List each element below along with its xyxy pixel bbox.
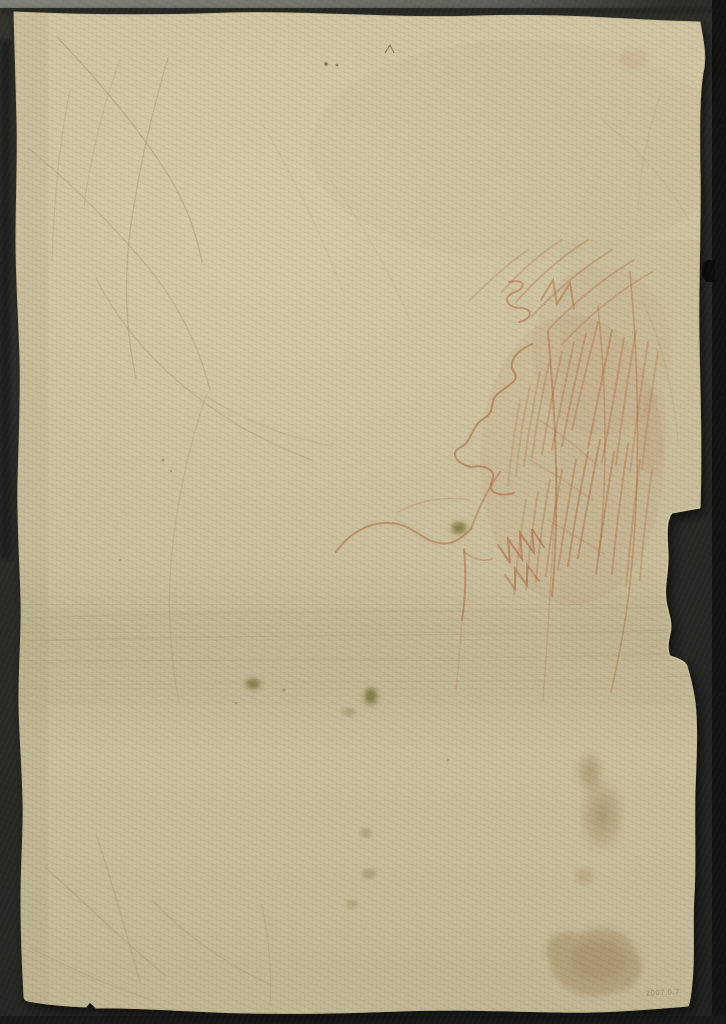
accession-inscription: 2007.0.7 — [646, 987, 680, 998]
photo-of-drawing-verso: 2007.0.7 — [0, 0, 726, 1024]
torn-edge-highlight — [666, 508, 700, 666]
paper-sheet-graphic: 2007.0.7 — [0, 0, 726, 1024]
